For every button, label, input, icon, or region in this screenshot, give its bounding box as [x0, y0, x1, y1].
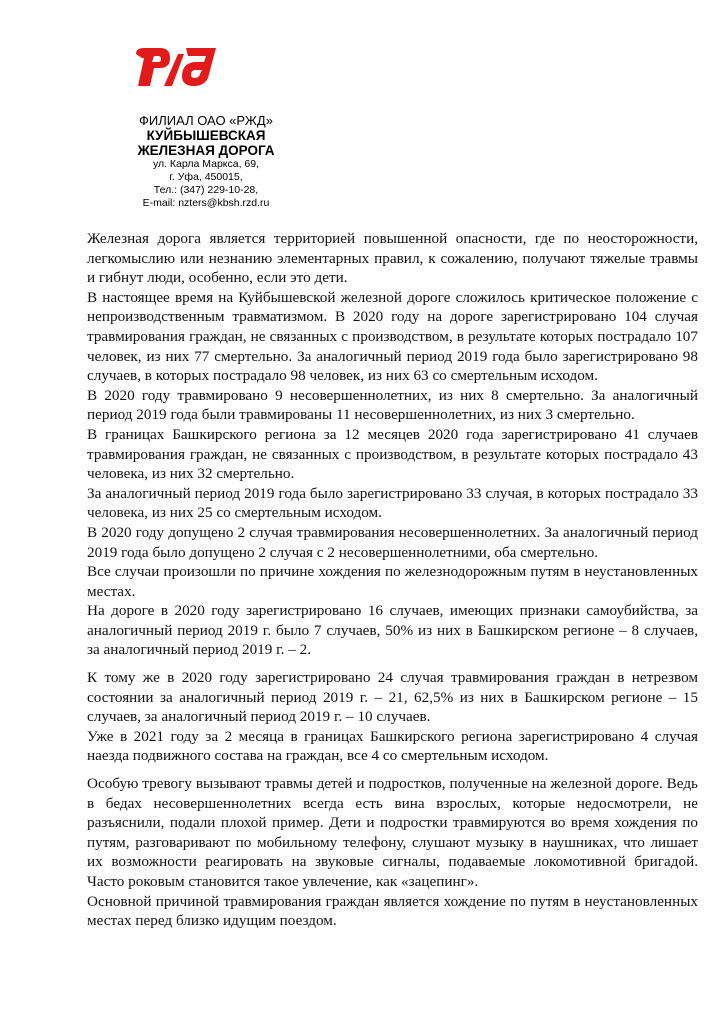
phone: Тел.: (347) 229-10-28,: [96, 184, 316, 197]
paragraph: Уже в 2021 году за 2 месяца в границах Б…: [87, 727, 698, 766]
paragraph: Все случаи произошли по причине хождения…: [87, 562, 698, 601]
paragraph: За аналогичный период 2019 года было зар…: [87, 484, 698, 523]
paragraph: В 2020 году допущено 2 случая травмирова…: [87, 523, 698, 562]
letterhead: ФИЛИАЛ ОАО «РЖД» КУЙБЫШЕВСКАЯ ЖЕЛЕЗНАЯ Д…: [96, 113, 316, 210]
paragraph: Железная дорога является территорией пов…: [87, 229, 698, 288]
paragraph: В 2020 году травмировано 9 несовершеннол…: [87, 386, 698, 425]
rzd-logo-icon: [134, 44, 218, 88]
paragraph: К тому же в 2020 году зарегистрировано 2…: [87, 668, 698, 727]
paragraph: В границах Башкирского региона за 12 мес…: [87, 425, 698, 484]
document-body: Железная дорога является территорией пов…: [87, 229, 698, 931]
paragraph: Особую тревогу вызывают травмы детей и п…: [87, 774, 698, 892]
paragraph: В настоящее время на Куйбышевской железн…: [87, 288, 698, 386]
railway-name-line1: КУЙБЫШЕВСКАЯ: [96, 128, 316, 143]
paragraph: Основной причиной травмирования граждан …: [87, 892, 698, 931]
railway-name-line2: ЖЕЛЕЗНАЯ ДОРОГА: [96, 143, 316, 158]
paragraph: На дороге в 2020 году зарегистрировано 1…: [87, 601, 698, 660]
email: E-mail: nzters@kbsh.rzd.ru: [96, 197, 316, 210]
organization-line: ФИЛИАЛ ОАО «РЖД»: [96, 113, 316, 128]
address-street: ул. Карла Маркса, 69,: [96, 158, 316, 171]
address-city: г. Уфа, 450015,: [96, 171, 316, 184]
